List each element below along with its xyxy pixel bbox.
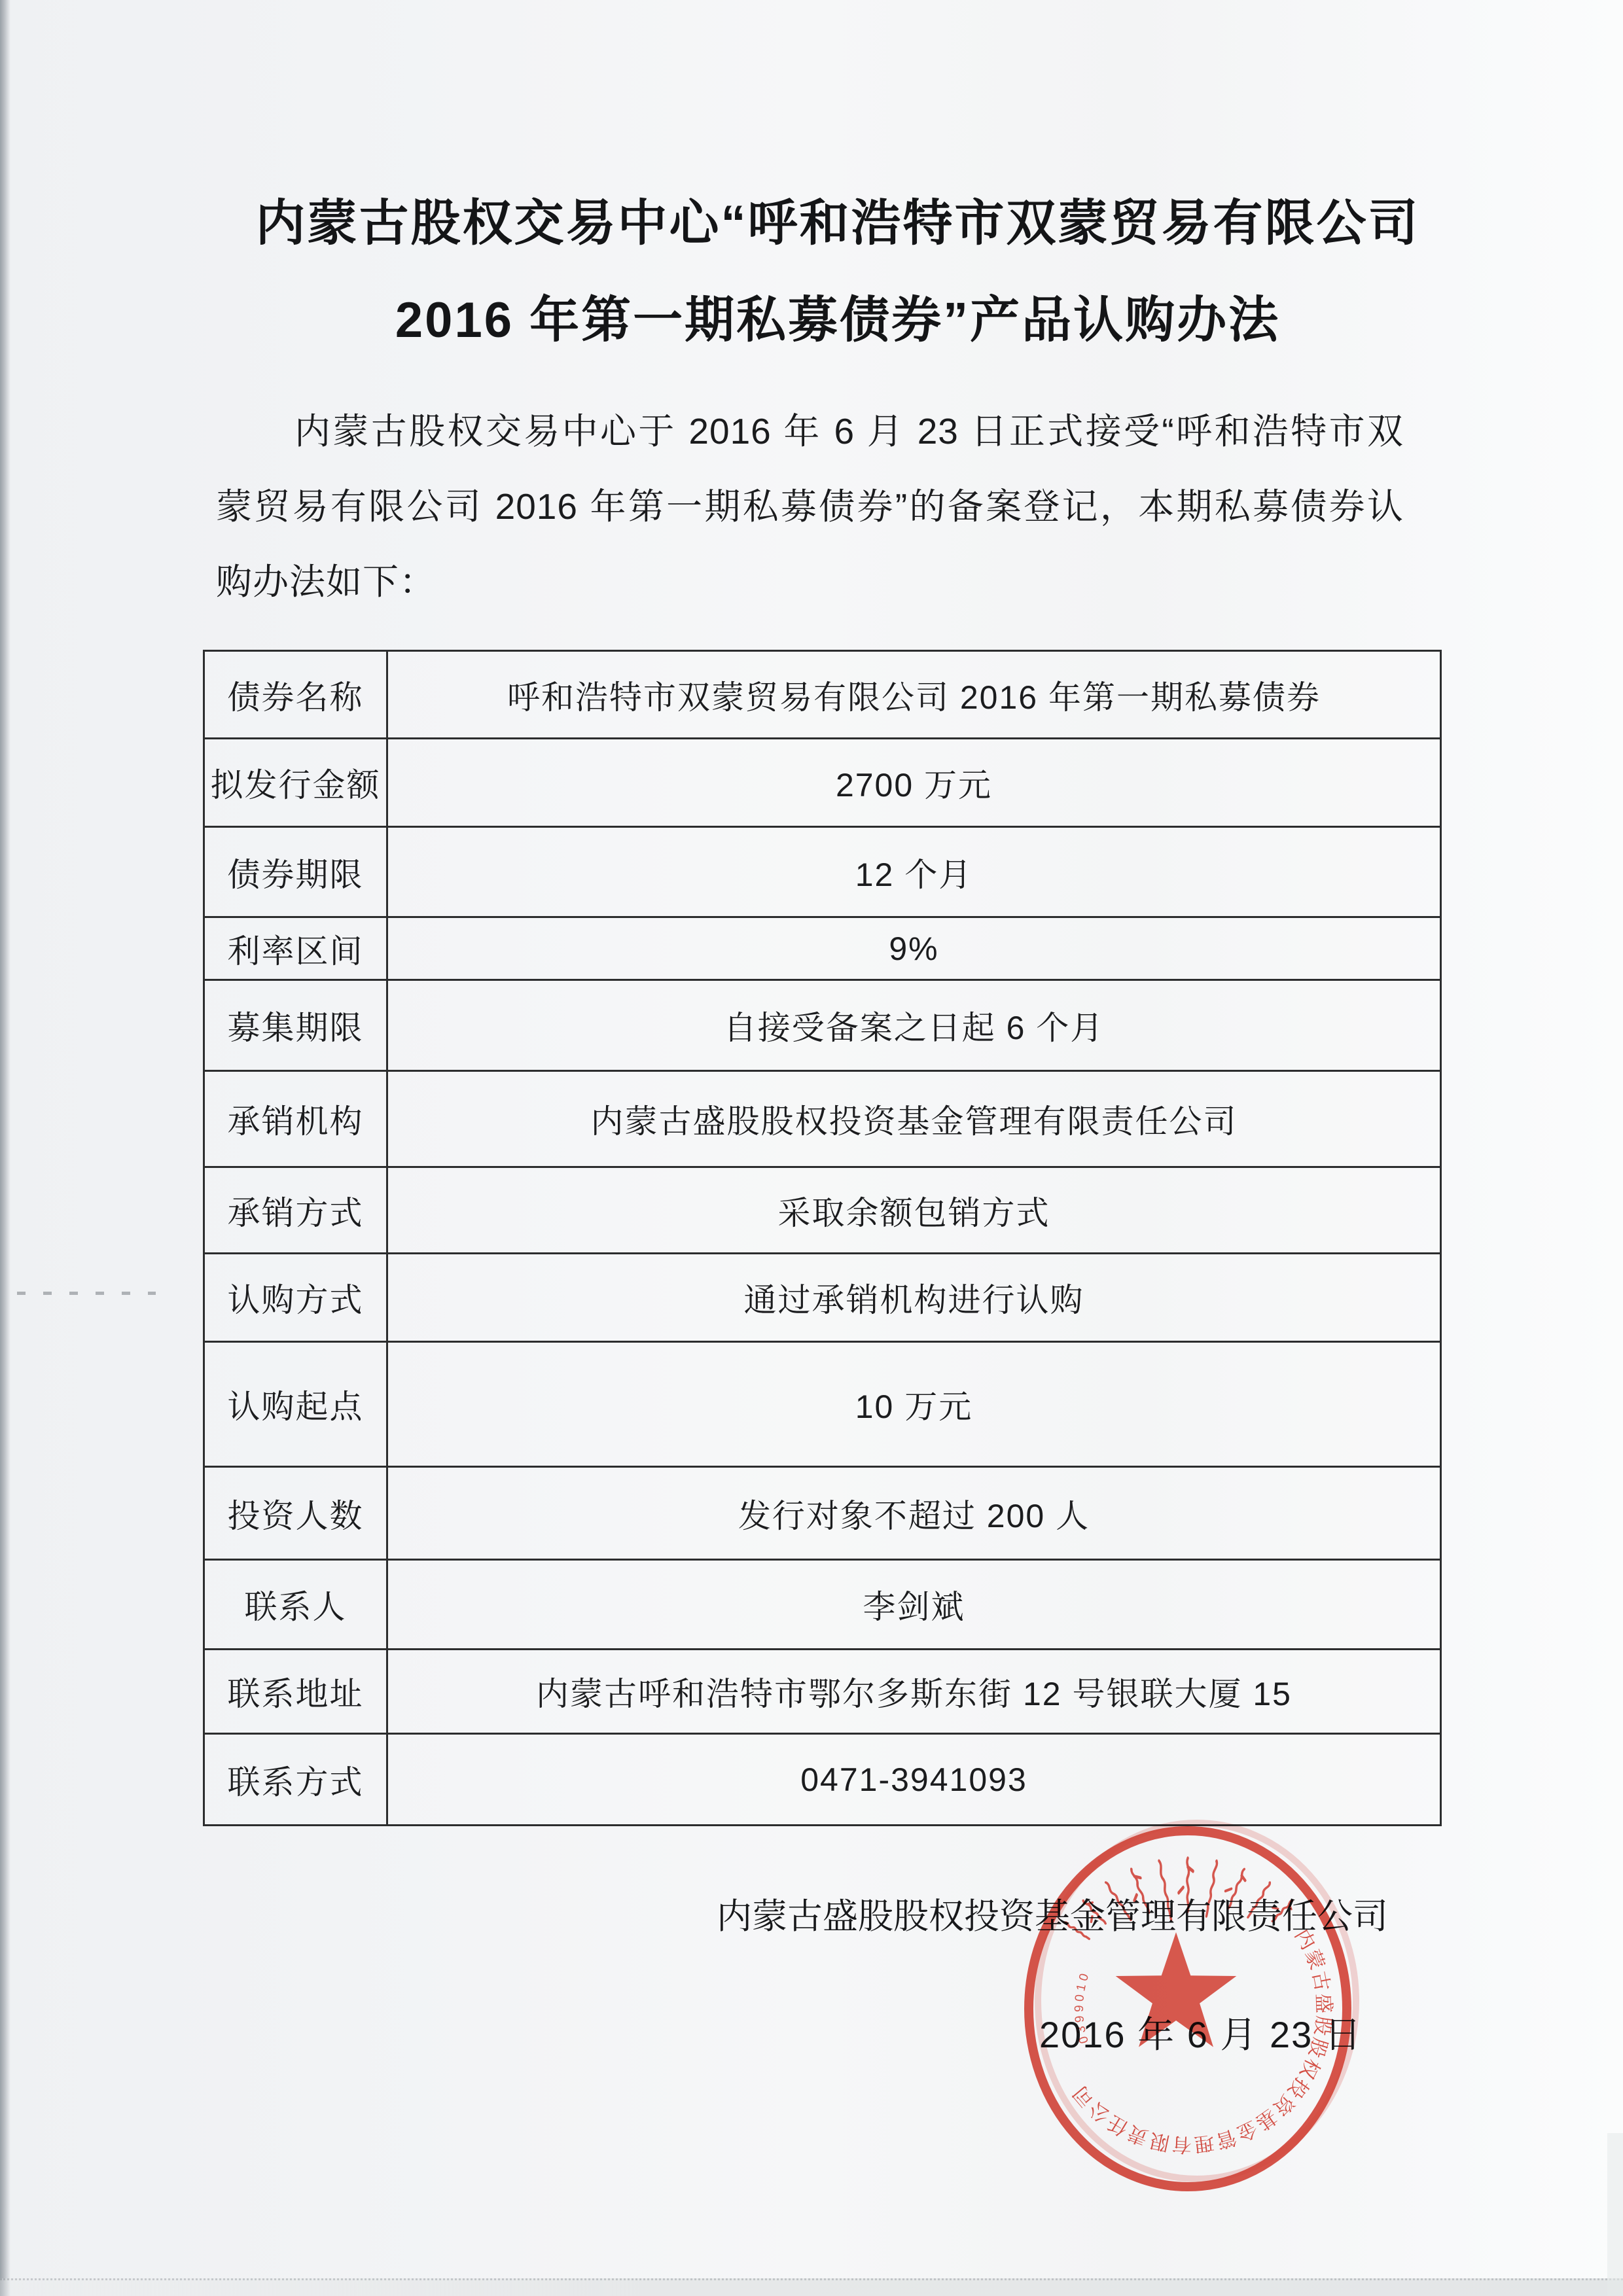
- row-value: 发行对象不超过 200 人: [388, 1468, 1440, 1559]
- row-value: 2700 万元: [388, 739, 1440, 826]
- seal-company-arc-text: 内蒙古盛股股权投资基金管理有限责任公司: [1069, 1926, 1334, 2155]
- row-value: 李剑斌: [388, 1561, 1440, 1648]
- row-label: 联系方式: [205, 1735, 388, 1824]
- table-row: 投资人数 发行对象不超过 200 人: [205, 1468, 1440, 1561]
- row-label: 联系人: [205, 1561, 388, 1648]
- row-value: 0471-3941093: [388, 1735, 1440, 1824]
- table-row: 拟发行金额 2700 万元: [205, 739, 1440, 828]
- row-label: 认购起点: [205, 1343, 388, 1466]
- row-value: 呼和浩特市双蒙贸易有限公司 2016 年第一期私募债券: [388, 652, 1440, 737]
- table-row: 认购方式 通过承销机构进行认购: [205, 1254, 1440, 1343]
- row-value: 12 个月: [388, 828, 1440, 916]
- row-label: 利率区间: [205, 918, 388, 979]
- scan-left-edge: [0, 0, 10, 2296]
- table-row: 认购起点 10 万元: [205, 1343, 1440, 1468]
- scan-right-edge: [1607, 2133, 1623, 2296]
- row-label: 拟发行金额: [205, 739, 388, 826]
- table-row: 联系人 李剑斌: [205, 1561, 1440, 1650]
- row-label: 投资人数: [205, 1468, 388, 1559]
- intro-line-1: 内蒙古股权交易中心于 2016 年 6 月 23 日正式接受“呼和浩特市双: [294, 407, 1404, 456]
- row-label: 募集期限: [205, 981, 388, 1070]
- row-value: 9%: [388, 918, 1440, 979]
- table-row: 联系方式 0471-3941093: [205, 1735, 1440, 1824]
- table-row: 利率区间 9%: [205, 918, 1440, 981]
- title-line-1: 内蒙古股权交易中心“呼和浩特市双蒙贸易有限公司: [92, 191, 1584, 256]
- row-label: 认购方式: [205, 1254, 388, 1341]
- title-line-2: 2016 年第一期私募债券”产品认购办法: [92, 288, 1584, 353]
- row-label: 债券名称: [205, 652, 388, 737]
- bond-info-table: 债券名称 呼和浩特市双蒙贸易有限公司 2016 年第一期私募债券 拟发行金额 2…: [203, 650, 1442, 1826]
- row-label: 债券期限: [205, 828, 388, 916]
- row-label: 承销方式: [205, 1168, 388, 1252]
- row-value: 通过承销机构进行认购: [388, 1254, 1440, 1341]
- scanned-document-page: 内蒙古股权交易中心“呼和浩特市双蒙贸易有限公司 2016 年第一期私募债券”产品…: [0, 0, 1623, 2296]
- row-value: 采取余额包销方式: [388, 1168, 1440, 1252]
- intro-line-2: 蒙贸易有限公司 2016 年第一期私募债券”的备案登记，本期私募债券认: [216, 482, 1404, 531]
- row-value: 内蒙古呼和浩特市鄂尔多斯东街 12 号银联大厦 15: [388, 1650, 1440, 1733]
- seal-mongolian-script: [1064, 1858, 1296, 1940]
- table-row: 募集期限 自接受备案之日起 6 个月: [205, 981, 1440, 1072]
- document-title: 内蒙古股权交易中心“呼和浩特市双蒙贸易有限公司 2016 年第一期私募债券”产品…: [92, 191, 1584, 353]
- row-value: 自接受备案之日起 6 个月: [388, 981, 1440, 1070]
- row-value: 10 万元: [388, 1343, 1440, 1466]
- table-row: 债券期限 12 个月: [205, 828, 1440, 918]
- seal-star-icon: [1116, 1932, 1237, 2047]
- row-label: 承销机构: [205, 1072, 388, 1166]
- table-row: 承销方式 采取余额包销方式: [205, 1168, 1440, 1254]
- row-label: 联系地址: [205, 1650, 388, 1733]
- row-value: 内蒙古盛股股权投资基金管理有限责任公司: [388, 1072, 1440, 1166]
- scan-noise-dashes: [17, 1292, 156, 1295]
- intro-line-3: 购办法如下：: [216, 557, 436, 607]
- company-seal: 内蒙古盛股股权投资基金管理有限责任公司 03990105: [1011, 1819, 1378, 2212]
- scan-bottom-band: [0, 2278, 1623, 2296]
- table-row: 联系地址 内蒙古呼和浩特市鄂尔多斯东街 12 号银联大厦 15: [205, 1650, 1440, 1735]
- svg-text:内蒙古盛股股权投资基金管理有限责任公司: 内蒙古盛股股权投资基金管理有限责任公司: [1069, 1926, 1334, 2155]
- table-row: 债券名称 呼和浩特市双蒙贸易有限公司 2016 年第一期私募债券: [205, 652, 1440, 739]
- table-row: 承销机构 内蒙古盛股股权投资基金管理有限责任公司: [205, 1072, 1440, 1168]
